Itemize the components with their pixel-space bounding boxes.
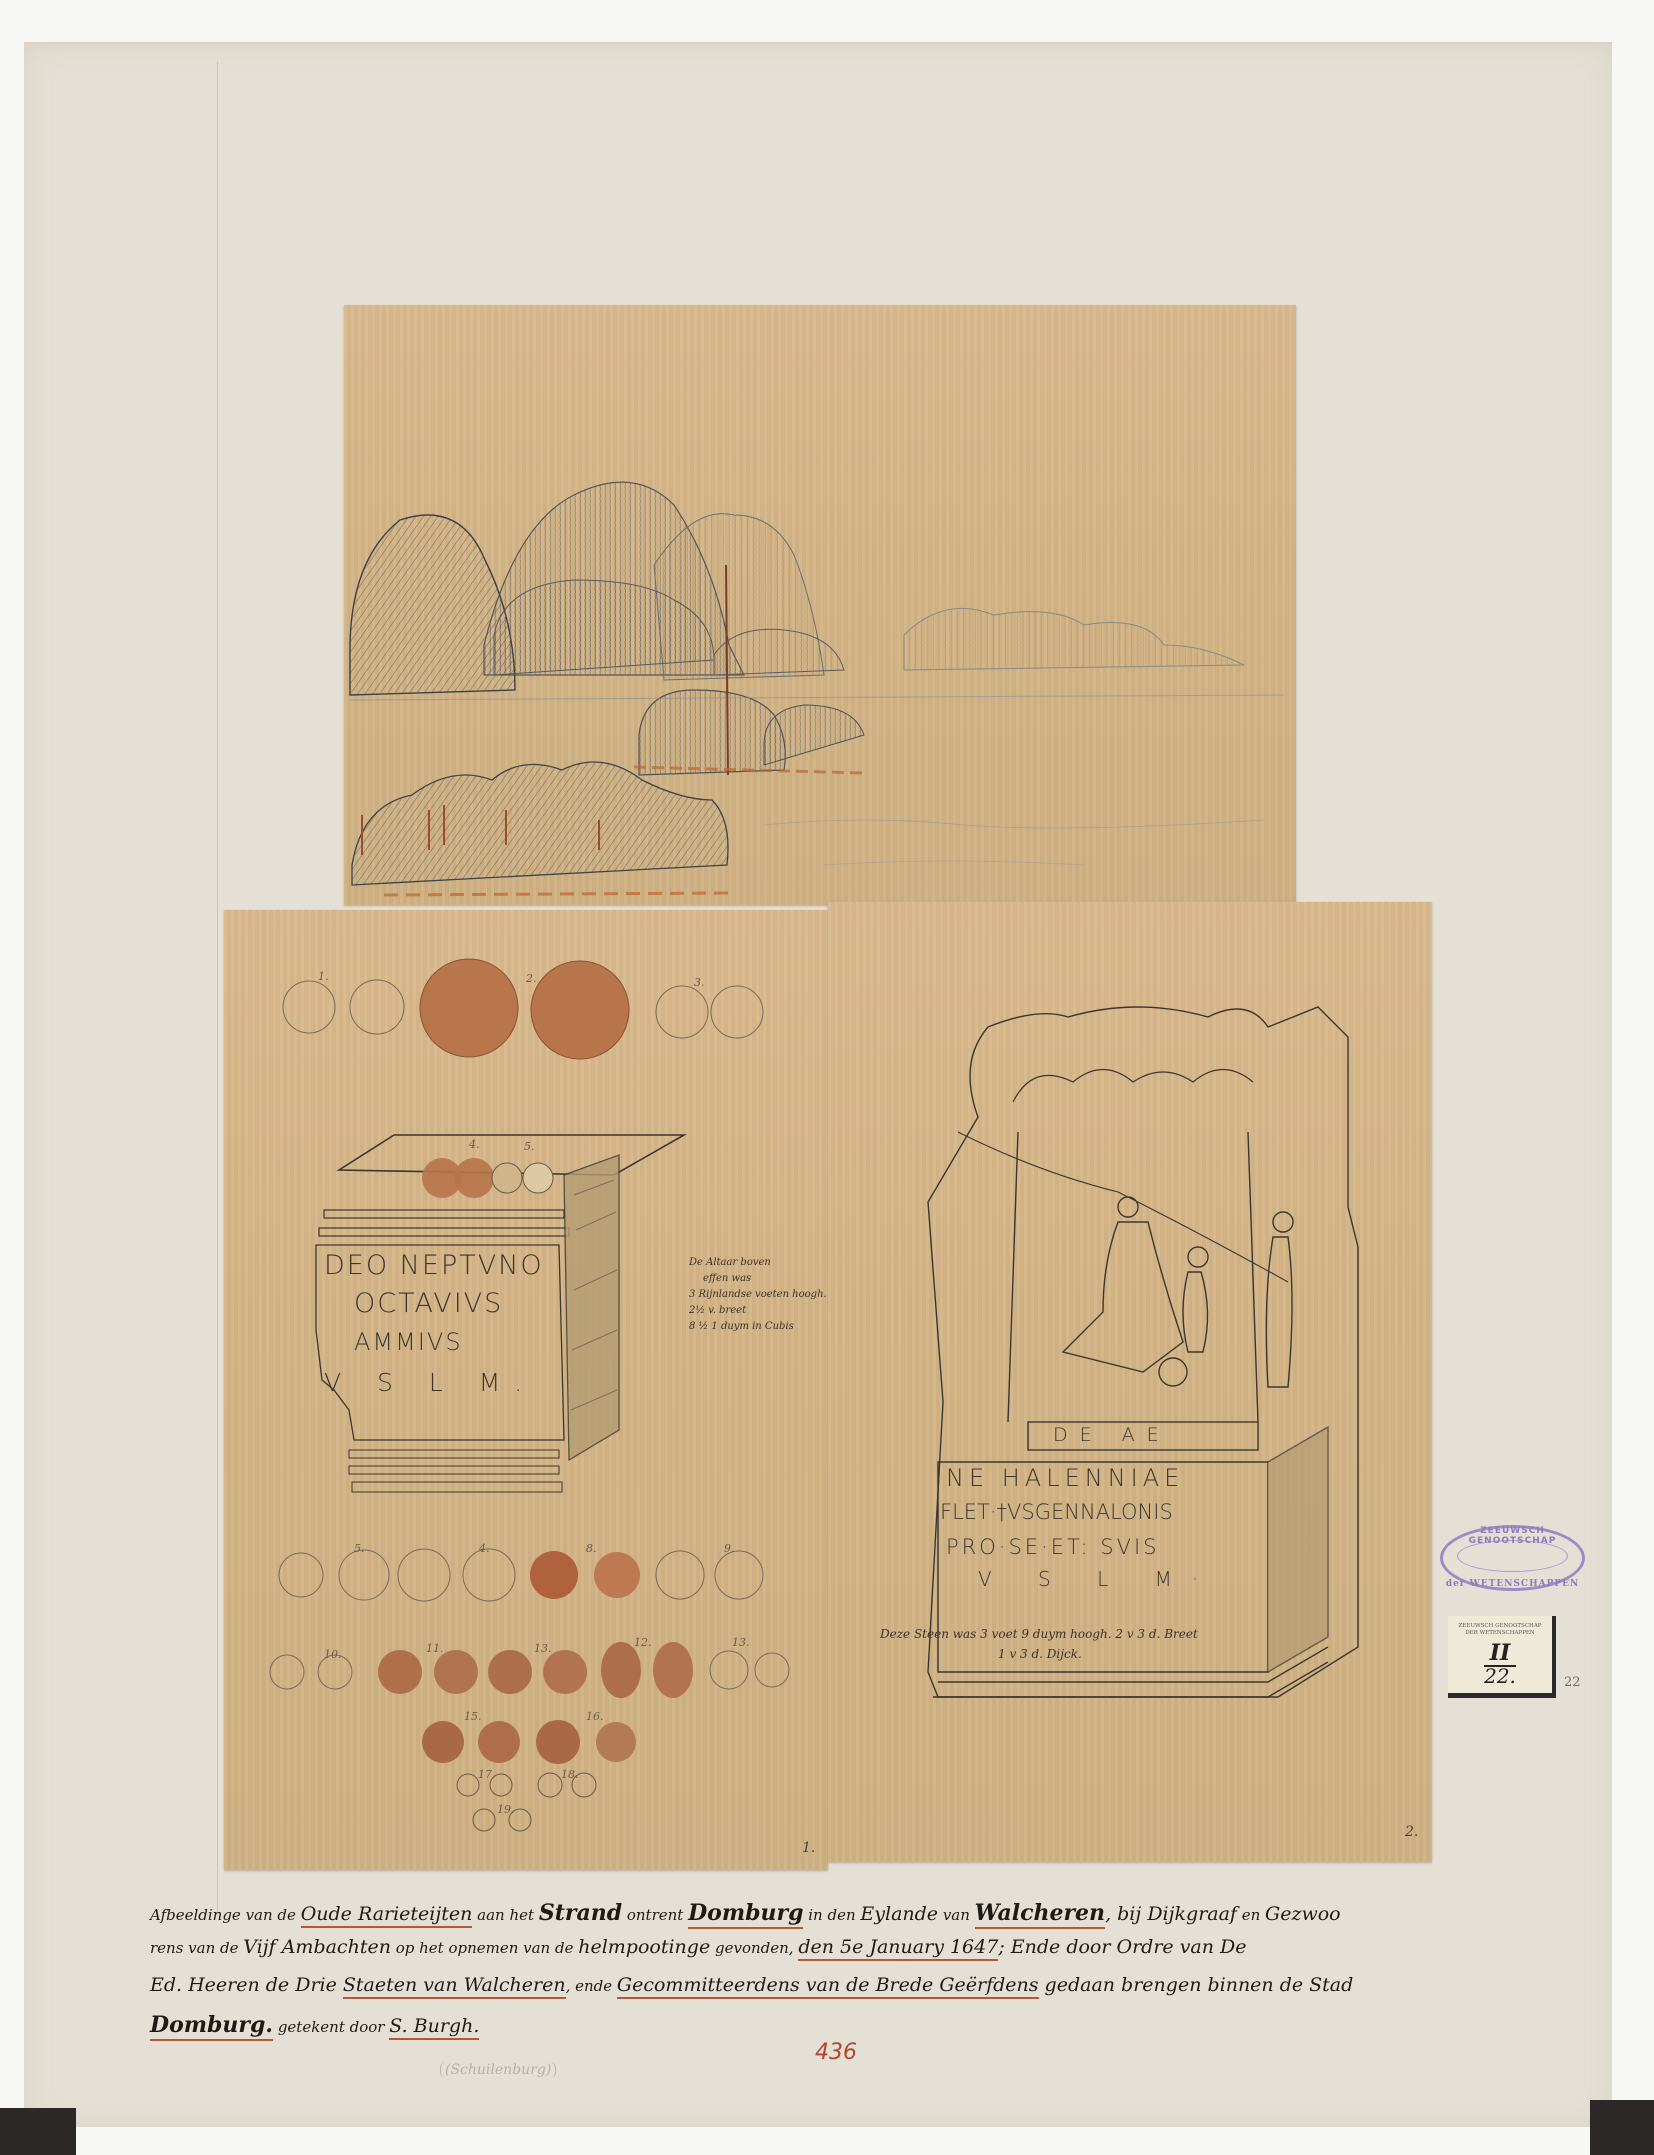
coin-number: 13.: [732, 1636, 750, 1649]
note-line: effen was: [689, 1271, 827, 1287]
landscape-drawing: [344, 305, 1296, 905]
inventory-number: 436: [815, 2040, 857, 2065]
coin-number: 2.: [526, 972, 537, 985]
inscription-line-4: V S L M.: [324, 1368, 536, 1397]
coin-number: 8.: [586, 1542, 597, 1555]
coin-number: 5.: [354, 1542, 365, 1555]
coin-number: 13.: [534, 1642, 552, 1655]
sheet-number: 2.: [1405, 1824, 1418, 1840]
label-side-number: 22: [1564, 1675, 1581, 1690]
caption-line-1: Afbeeldinge van de Oude Rarieteijten aan…: [150, 1900, 1341, 1926]
mounting-clip-right: [1590, 2100, 1654, 2155]
note-line: 2½ v. breet: [689, 1303, 827, 1319]
stone-dimensions-note-1: Deze Steen was 3 voet 9 duym hoogh. 2 v …: [880, 1627, 1198, 1641]
sheet-number: 1.: [802, 1840, 815, 1856]
coin-rows-bottom: [270, 1549, 789, 1831]
inscription-line-1: NE HALENNIAE: [946, 1464, 1184, 1492]
inscription-line-2: FLET·†VSGENNALONIS: [940, 1500, 1173, 1524]
coin-number: 19.: [497, 1803, 515, 1816]
inscription-line-2: OCTAVIVS: [354, 1288, 503, 1319]
coin-number: 3.: [694, 976, 705, 989]
stamp-top-text: ZEEUWSCH GENOOTSCHAP: [1443, 1526, 1582, 1546]
coin-number: 5.: [524, 1140, 535, 1153]
coin-number: 11.: [426, 1642, 444, 1655]
coin-number: 17.: [478, 1768, 496, 1781]
coin-number: 1.: [318, 970, 329, 983]
left-sheet-altar-neptune: DEO NEPTVNO OCTAVIVS AMMIVS V S L M. De …: [224, 910, 828, 1870]
stamp-bottom-text: der WETENSCHAPPEN: [1443, 1579, 1582, 1589]
caption-line-2: rens van de Vijf Ambachten op het opneme…: [150, 1936, 1247, 1958]
top-panel-inscription: DE AE: [1053, 1424, 1171, 1446]
note-line: 8 ½ 1 duym in Cubis: [689, 1319, 827, 1335]
inscription-line-3: PRO·SE·ET: SVIS: [946, 1535, 1160, 1559]
note-line: De Altaar boven: [689, 1255, 827, 1271]
nehalennia-altar-drawing: [828, 902, 1432, 1862]
coin-number: 15.: [464, 1710, 482, 1723]
coin-number: 16.: [586, 1710, 604, 1723]
coin-number: 4.: [479, 1542, 490, 1555]
inscription-line-3: AMMIVS: [354, 1328, 463, 1356]
caption-line-3: Ed. Heeren de Drie Staeten van Walcheren…: [150, 1974, 1353, 1996]
inscription-line-4: V S L M·: [978, 1567, 1218, 1591]
altar-dimensions-note: De Altaar boven effen was 3 Rijnlandse v…: [689, 1255, 827, 1335]
mount-fold-line: [217, 62, 218, 1912]
label-number: 22.: [1448, 1664, 1552, 1688]
coin-number: 18.: [561, 1768, 579, 1781]
collection-label: ZEEUWSCH GENOOTSCHAP DER WETENSCHAPPEN I…: [1448, 1616, 1556, 1698]
label-volume: II: [1448, 1640, 1552, 1666]
dune-landscape-sketch: [344, 305, 1296, 905]
caption-line-4: Domburg. getekent door S. Burgh.: [150, 2012, 479, 2038]
institution-stamp: ZEEUWSCH GENOOTSCHAP der WETENSCHAPPEN: [1440, 1525, 1585, 1591]
pencil-attribution-note: (Schuilenburg): [440, 2062, 556, 2078]
right-sheet-altar-nehalennia: DE AE NE HALENNIAE FLET·†VSGENNALONIS PR…: [828, 902, 1432, 1862]
note-line: 3 Rijnlandse voeten hoogh.: [689, 1287, 827, 1303]
mounting-clip-left: [0, 2108, 76, 2155]
coin-number: 10.: [324, 1648, 342, 1661]
coin-number: 12.: [634, 1636, 652, 1649]
label-header: ZEEUWSCH GENOOTSCHAP DER WETENSCHAPPEN: [1454, 1623, 1546, 1637]
coin-number: 4.: [469, 1138, 480, 1151]
coin-number: 9.: [724, 1542, 735, 1555]
stone-dimensions-note-2: 1 v 3 d. Dijck.: [998, 1647, 1082, 1661]
coin-row-top: [283, 959, 763, 1059]
inscription-line-1: DEO NEPTVNO: [324, 1250, 544, 1281]
